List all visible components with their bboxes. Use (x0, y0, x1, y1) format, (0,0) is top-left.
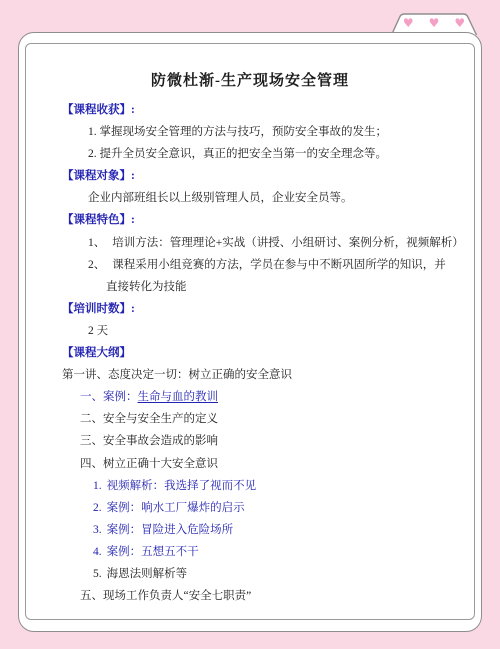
line-marker: 2、 (88, 259, 105, 271)
heart-icon: ♥ (429, 17, 440, 29)
document-title: 防微杜渐-生产现场安全管理 (62, 70, 438, 92)
document-body: 【课程收获】:1. 掌握现场安全管理的方法与技巧，预防安全事故的发生；2. 提升… (62, 99, 467, 607)
line-marker: 2. (93, 502, 102, 514)
screenshot-root: { "colors": { "background": "#fbd9e4", "… (0, 0, 500, 649)
doc-line: 1. 掌握现场安全管理的方法与技巧，预防安全事故的发生； (88, 121, 467, 143)
doc-line: 五、现场工作负责人“安全七职责” (80, 585, 467, 607)
line-text: 安全与安全生产的定义 (103, 413, 218, 425)
line-text: 培训方法：管理理论+实战（讲授、小组研讨、案例分析，视频解析） (112, 237, 463, 249)
line-text: 2 天 (88, 325, 108, 337)
line-text: 现场工作负责人“安全七职责” (103, 590, 251, 602)
line-marker: 5. (93, 568, 102, 580)
doc-line: 1.视频解析：我选择了视而不见 (93, 475, 467, 497)
doc-line: 【课程特色】: (62, 209, 467, 231)
doc-line: 1、培训方法：管理理论+实战（讲授、小组研讨、案例分析，视频解析） (88, 232, 467, 254)
line-text: 企业内部班组长以上级别管理人员，企业安全员等。 (88, 192, 353, 204)
line-text: 案例：五想五不干 (107, 546, 199, 558)
line-text: 视频解析：我选择了视而不见 (107, 480, 257, 492)
doc-line: 四、树立正确十大安全意识 (80, 453, 467, 475)
line-marker: 一、 (80, 391, 103, 403)
doc-line: 2、课程采用小组竞赛的方法，学员在参与中不断巩固所学的知识，并 (88, 254, 467, 276)
doc-line: 【培训时数】: (62, 298, 467, 320)
line-text: 树立正确十大安全意识 (103, 458, 218, 470)
line-text: 1. 掌握现场安全管理的方法与技巧，预防安全事故的发生； (88, 126, 387, 138)
doc-line: 三、安全事故会造成的影响 (80, 430, 467, 452)
doc-line: 一、案例：生命与血的教训 (80, 386, 467, 408)
line-text: 案例： (103, 391, 138, 403)
line-marker: 四、 (80, 458, 103, 470)
doc-line: 直接转化为技能 (106, 276, 467, 298)
doc-line: 【课程对象】: (62, 165, 467, 187)
line-text: 直接转化为技能 (106, 281, 187, 293)
line-text: 案例：响水工厂爆炸的启示 (107, 502, 245, 514)
document: 防微杜渐-生产现场安全管理 【课程收获】:1. 掌握现场安全管理的方法与技巧，预… (25, 43, 475, 620)
line-text: 【课程收获】: (62, 104, 135, 116)
line-text: 【课程大纲】 (62, 347, 131, 359)
line-marker: 3. (93, 524, 102, 536)
heart-icon: ♥ (454, 17, 465, 29)
line-text: 课程采用小组竞赛的方法，学员在参与中不断巩固所学的知识，并 (112, 259, 446, 271)
line-text: 【课程特色】: (62, 214, 135, 226)
line-text: 【课程对象】: (62, 170, 135, 182)
line-text: 安全事故会造成的影响 (103, 435, 218, 447)
doc-line: 二、安全与安全生产的定义 (80, 408, 467, 430)
doc-line: 3.案例：冒险进入危险场所 (93, 519, 467, 541)
line-text: 海恩法则解析等 (107, 568, 188, 580)
line-marker: 1、 (88, 237, 105, 249)
doc-line: 第一讲、态度决定一切：树立正确的安全意识 (62, 364, 467, 386)
line-text: 2. 提升全员安全意识，真正的把安全当第一的安全理念等。 (88, 148, 387, 160)
heart-icon: ♥ (403, 17, 414, 29)
line-text: 第一讲、态度决定一切：树立正确的安全意识 (62, 369, 292, 381)
doc-line: 【课程收获】: (62, 99, 467, 121)
doc-line: 5.海恩法则解析等 (93, 563, 467, 585)
doc-line: 2. 提升全员安全意识，真正的把安全当第一的安全理念等。 (88, 143, 467, 165)
doc-line: 【课程大纲】 (62, 342, 467, 364)
line-marker: 1. (93, 480, 102, 492)
doc-line: 2 天 (88, 320, 467, 342)
tab-hearts: ♥♥♥ (390, 14, 478, 32)
line-marker: 三、 (80, 435, 103, 447)
line-marker: 五、 (80, 590, 103, 602)
doc-line: 2.案例：响水工厂爆炸的启示 (93, 497, 467, 519)
doc-line: 企业内部班组长以上级别管理人员，企业安全员等。 (88, 187, 467, 209)
line-marker: 4. (93, 546, 102, 558)
line-text: 【培训时数】: (62, 303, 135, 315)
doc-line: 4.案例：五想五不干 (93, 541, 467, 563)
line-text: 生命与血的教训 (138, 391, 219, 403)
line-marker: 二、 (80, 413, 103, 425)
line-text: 案例：冒险进入危险场所 (107, 524, 234, 536)
